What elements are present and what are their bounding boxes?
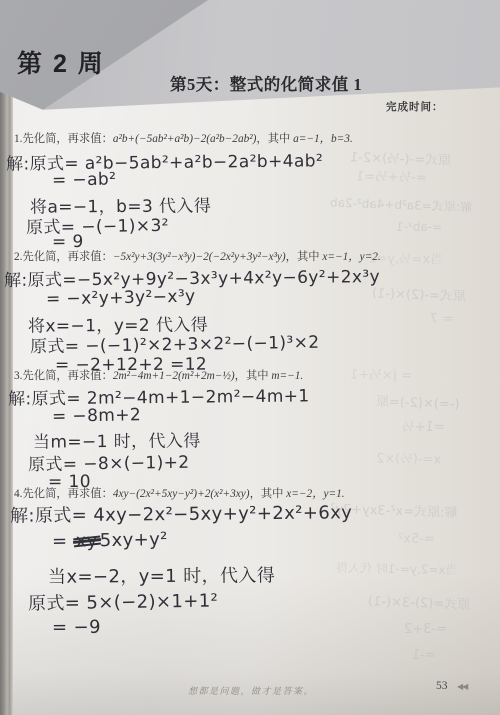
- handwritten-line: 原式= −(−1)×3²: [26, 211, 169, 238]
- ghost-writing: =1+½: [402, 420, 445, 435]
- handwritten-line: 原式= 5×(−2)×1+1²: [28, 587, 219, 616]
- corrected-term: 5xy+y²: [100, 529, 168, 551]
- handwritten-line: = −9: [52, 617, 101, 638]
- handwritten-line: 解:原式= 2m²−4m+1−2m²−4m+1: [8, 381, 310, 409]
- problem-1: 1.先化简，再求值：a²b+(−5ab²+a²b)−2(a²b−2ab²)，其中…: [0, 130, 500, 131]
- statement-mid: ，其中: [286, 251, 323, 263]
- day-title: 第5天：整式的化简求值 1: [170, 71, 362, 95]
- problem-3: 3.先化简，再求值：2m²−4m+1−2(m²+2m−½)，其中 m=−1. 解…: [0, 367, 500, 368]
- ghost-writing: = |×⅓+1: [350, 367, 412, 383]
- statement-expression: 4xy−(2x²+5xy−y²)+2(x²+3xy): [113, 488, 250, 500]
- statement-lead: 先化简，再求值：: [22, 251, 112, 263]
- statement-condition: m=−1.: [271, 370, 303, 382]
- statement-expression: a²b+(−5ab²+a²b)−2(a²b−2ab²): [113, 133, 257, 145]
- statement-mid: ，其中: [256, 133, 293, 145]
- ghost-writing: =-3+2: [404, 622, 447, 637]
- week-label: 第 2 周: [17, 44, 105, 80]
- finish-time-label: 完成时间：: [386, 99, 444, 114]
- crossed-out-term: xy: [75, 530, 98, 551]
- footer-slogan: 想都是问题，做才是答案。: [188, 684, 314, 697]
- statement-condition: a=−1，b=3.: [293, 133, 353, 145]
- problem-1-statement: 1.先化简，再求值：a²b+(−5ab²+a²b)−2(a²b−2ab²)，其中…: [14, 130, 353, 146]
- statement-lead: 先化简，再求值：: [22, 488, 112, 500]
- ghost-writing: 原式=(2)-3×(-1): [368, 590, 471, 613]
- problem-3-statement: 3.先化简，再求值：2m²−4m+1−2(m²+2m−½)，其中 m=−1.: [14, 367, 303, 383]
- ghost-writing: (-=)×(2-)=原: [376, 391, 460, 413]
- statement-lead: 先化简，再求值：: [22, 370, 112, 382]
- ghost-writing: =-½+⅓=1: [356, 169, 427, 185]
- ghost-writing: 原式=-(-½)×2-1: [350, 146, 452, 169]
- statement-expression: 2m²−4m+1−2(m²+2m−½): [113, 370, 235, 382]
- problem-2: 2.先化简，再求值：−5x²y+3(3y²−x³y)−2(−2x²y+3y²−x…: [0, 248, 500, 249]
- page-corner-icon: ◀◀: [457, 682, 467, 691]
- ghost-writing: =-ab²-1: [396, 220, 442, 234]
- page-number: 53: [436, 680, 448, 692]
- handwritten-line: = −8m+2: [52, 405, 142, 427]
- statement-expression: −5x²y+3(3y²−x³y)−2(−2x²y+3y²−x³y): [113, 251, 286, 263]
- handwritten-line: = −x²y+3y²−x³y: [46, 287, 196, 310]
- handwritten-line: 原式= −(−1)²×2+3×2²−(−1)³×2: [30, 328, 320, 358]
- statement-lead: 先化简，再求值：: [22, 133, 112, 145]
- ghost-writing: =-5x²: [398, 532, 435, 547]
- workbook-page-photo: +x²+|+=+×+≈+≈原式=-(-½)×2-1=-½+⅓=1解:原式=3a²…: [0, 0, 500, 715]
- ghost-writing: 原式=-(2)×(-1): [372, 282, 467, 304]
- ghost-writing: x=-(½)×2: [376, 451, 441, 467]
- ghost-writing: =-1: [412, 648, 436, 663]
- ghost-writing: = 7: [430, 312, 453, 327]
- handwritten-line: 解:原式= 4xy−2x²−5xy+y²+2x²+6xy: [10, 498, 353, 528]
- ghost-writing: 当x=2,y=-1时 代入得: [336, 559, 458, 578]
- equals-sign: =: [52, 531, 74, 552]
- handwritten-line: = −ab²: [52, 169, 117, 190]
- handwritten-line: 当x=−2，y=1 时，代入得: [48, 561, 275, 589]
- statement-mid: ，其中: [235, 370, 272, 382]
- handwritten-line-corrected: = xy5xy+y²: [52, 529, 168, 552]
- header-banner: 第 2 周 第5天：整式的化简求值 1: [0, 0, 500, 112]
- problem-4: 4.先化简，再求值：4xy−(2x²+5xy−y²)+2(x²+3xy)，其中 …: [0, 485, 500, 486]
- ghost-writing: 解:原式=3a²b+4ab²-2ab: [330, 194, 472, 216]
